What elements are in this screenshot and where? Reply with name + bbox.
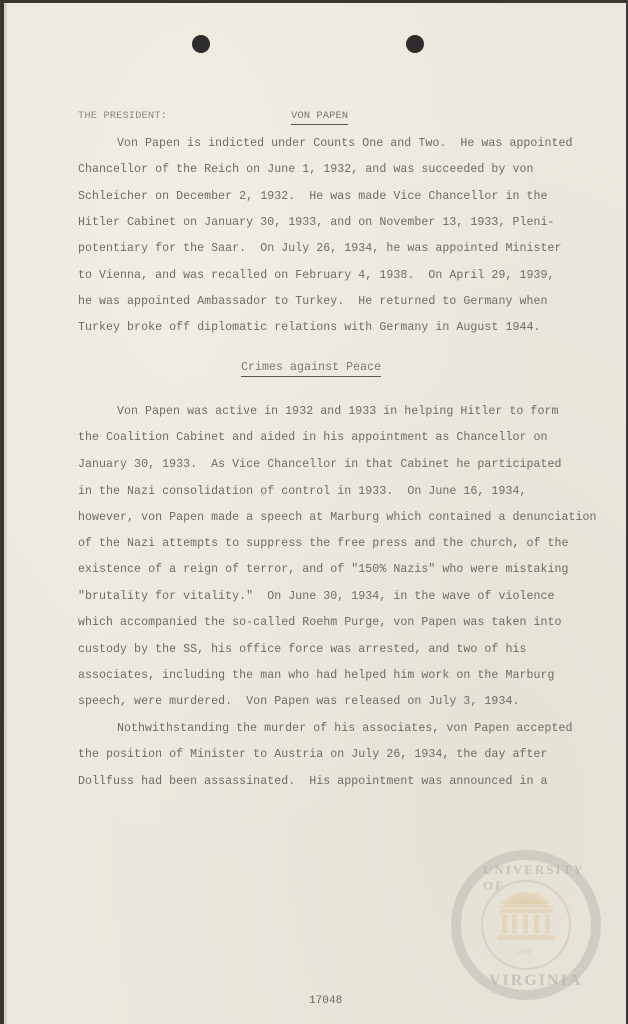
paragraph-1-line: Von Papen is indicted under Counts One a… <box>117 137 572 151</box>
paragraph-2-line: custody by the SS, his office force was … <box>78 643 526 657</box>
punch-hole-left <box>192 35 210 53</box>
watermark-year: 1819 <box>516 948 530 956</box>
watermark-bottom-text: VIRGINIA <box>489 972 582 990</box>
paragraph-2-line: existence of a reign of terror, and of "… <box>78 563 569 577</box>
paragraph-2-line: speech, were murdered. Von Papen was rel… <box>78 695 519 709</box>
paragraph-2-line: January 30, 1933. As Vice Chancellor in … <box>78 458 562 472</box>
paragraph-1-line: Chancellor of the Reich on June 1, 1932,… <box>78 163 533 177</box>
paragraph-2-line: of the Nazi attempts to suppress the fre… <box>78 537 569 551</box>
paragraph-2-line: however, von Papen made a speech at Marb… <box>78 511 597 525</box>
paragraph-3-line: Nothwithstanding the murder of his assoc… <box>117 722 572 736</box>
page-number: 17048 <box>309 994 342 1008</box>
paragraph-1-line: Hitler Cabinet on January 30, 1933, and … <box>78 216 555 230</box>
document-page: THE PRESIDENT: VON PAPEN Von Papen is in… <box>4 3 626 1024</box>
university-watermark: UNIVERSITY OF 1819 VIRGINIA <box>451 850 601 1000</box>
paragraph-3-line: the position of Minister to Austria on J… <box>78 748 548 762</box>
paragraph-2-line: which accompanied the so-called Roehm Pu… <box>78 616 562 630</box>
paragraph-1-line: potentiary for the Saar. On July 26, 193… <box>78 242 562 256</box>
page-edge <box>4 3 7 1024</box>
paragraph-2-line: the Coalition Cabinet and aided in his a… <box>78 431 548 445</box>
paragraph-2-line: "brutality for vitality." On June 30, 19… <box>78 590 555 604</box>
paragraph-1-line: Schleicher on December 2, 1932. He was m… <box>78 190 548 204</box>
paragraph-1-line: he was appointed Ambassador to Turkey. H… <box>78 295 548 309</box>
document-title: VON PAPEN <box>291 109 348 125</box>
paragraph-1-line: Turkey broke off diplomatic relations wi… <box>78 321 541 335</box>
paragraph-2-line: Von Papen was active in 1932 and 1933 in… <box>117 405 558 419</box>
punch-hole-right <box>406 35 424 53</box>
paragraph-2-line: associates, including the man who had he… <box>78 669 555 683</box>
paragraph-1-line: to Vienna, and was recalled on February … <box>78 269 555 283</box>
paragraph-2-line: in the Nazi consolidation of control in … <box>78 485 526 499</box>
addressee-label: THE PRESIDENT: <box>78 109 167 123</box>
section-heading: Crimes against Peace <box>241 361 381 377</box>
watermark-top-text: UNIVERSITY OF <box>483 862 591 894</box>
paragraph-3-line: Dollfuss had been assassinated. His appo… <box>78 775 548 789</box>
